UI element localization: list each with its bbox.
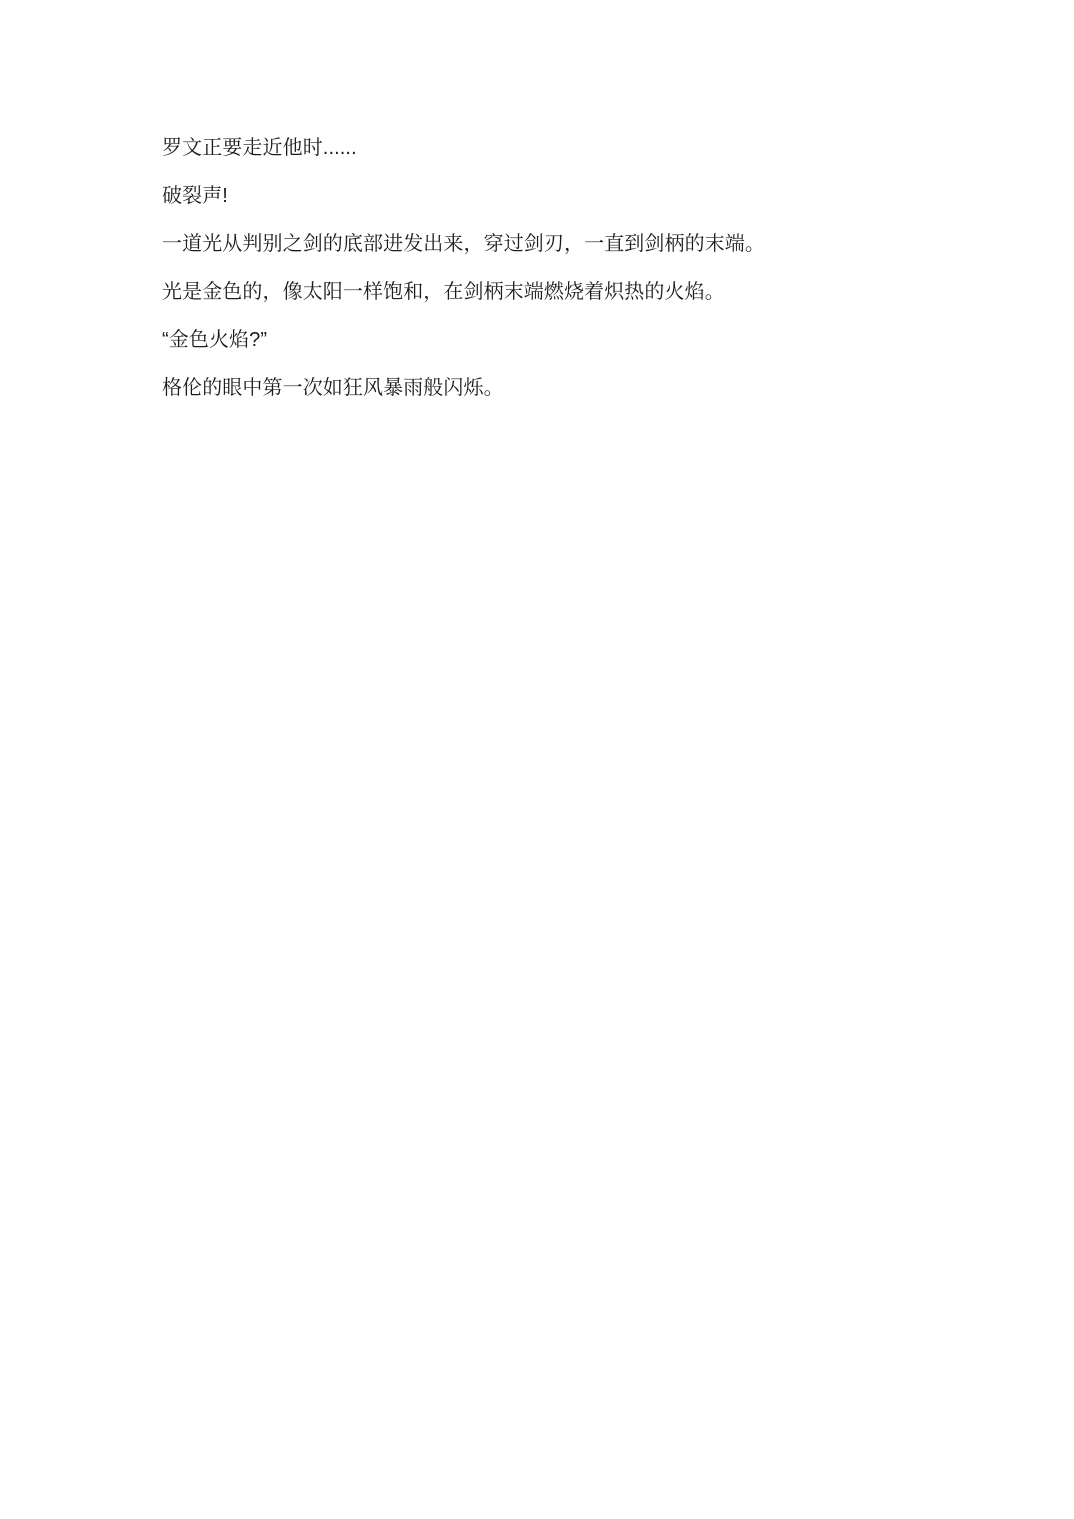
paragraph-3: 一道光从判别之剑的底部进发出来，穿过剑刃，一直到剑柄的末端。: [162, 230, 1014, 258]
document-page: 罗文正要走近他时...... 破裂声! 一道光从判别之剑的底部进发出来，穿过剑刃…: [0, 0, 1074, 1519]
paragraph-6: 格伦的眼中第一次如狂风暴雨般闪烁。: [162, 374, 1014, 402]
text-block: 罗文正要走近他时...... 破裂声! 一道光从判别之剑的底部进发出来，穿过剑刃…: [162, 134, 1014, 422]
paragraph-4: 光是金色的，像太阳一样饱和，在剑柄末端燃烧着炽热的火焰。: [162, 278, 1014, 306]
paragraph-5: “金色火焰?”: [162, 326, 1014, 354]
paragraph-1: 罗文正要走近他时......: [162, 134, 1014, 162]
paragraph-2: 破裂声!: [162, 182, 1014, 210]
